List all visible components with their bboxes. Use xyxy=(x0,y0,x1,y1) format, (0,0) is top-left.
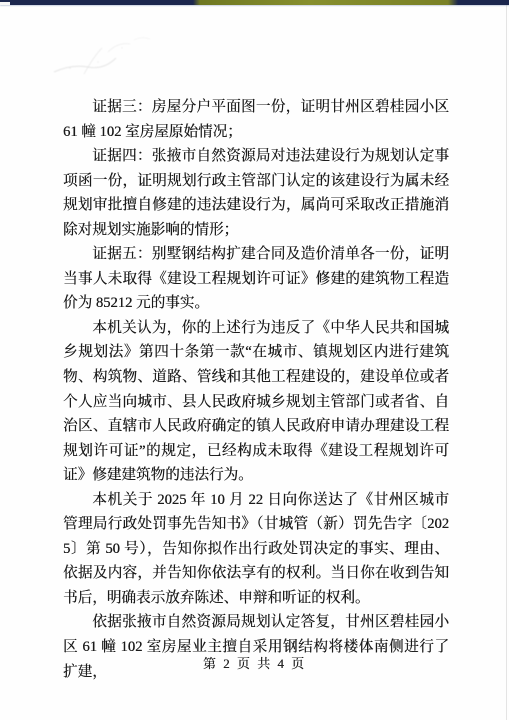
document-page: 证据三：房屋分户平面图一份，证明甘州区碧桂园小区 61 幢 102 室房屋原始情… xyxy=(0,0,509,720)
scanned-document-screenshot: { "document": { "paragraphs": [ "证据三：房屋分… xyxy=(0,0,509,720)
paragraph-evidence-4: 证据四：张掖市自然资源局对违法建设行为规划认定事项函一份，证明规划行政主管部门认… xyxy=(63,144,449,242)
paragraph-evidence-5: 证据五：别墅钢结构扩建合同及造价清单各一份，证明当事人未取得《建设工程规划许可证… xyxy=(63,242,449,316)
paragraph-legal-finding: 本机关认为，你的上述行为违反了《中华人民共和国城乡规划法》第四十条第一款“在城市… xyxy=(63,316,449,488)
scan-top-edge-artifact xyxy=(0,0,509,5)
paragraph-evidence-3: 证据三：房屋分户平面图一份，证明甘州区碧桂园小区 61 幢 102 室房屋原始情… xyxy=(63,95,449,144)
paragraph-prior-notice: 本机关于 2025 年 10 月 22 日向你送达了《甘州区城市管理局行政处罚事… xyxy=(63,488,449,611)
scan-top-left-notch xyxy=(0,2,10,5)
scan-right-edge-artifact xyxy=(506,5,507,720)
faint-pencil-smudge xyxy=(50,34,160,80)
paragraph-planning-reply: 依据张掖市自然资源局规划认定答复，甘州区碧桂园小区 61 幢 102 室房屋业主… xyxy=(63,610,449,684)
document-body: 证据三：房屋分户平面图一份，证明甘州区碧桂园小区 61 幢 102 室房屋原始情… xyxy=(63,95,449,684)
page-number: 第 2 页 共 4 页 xyxy=(0,653,509,672)
